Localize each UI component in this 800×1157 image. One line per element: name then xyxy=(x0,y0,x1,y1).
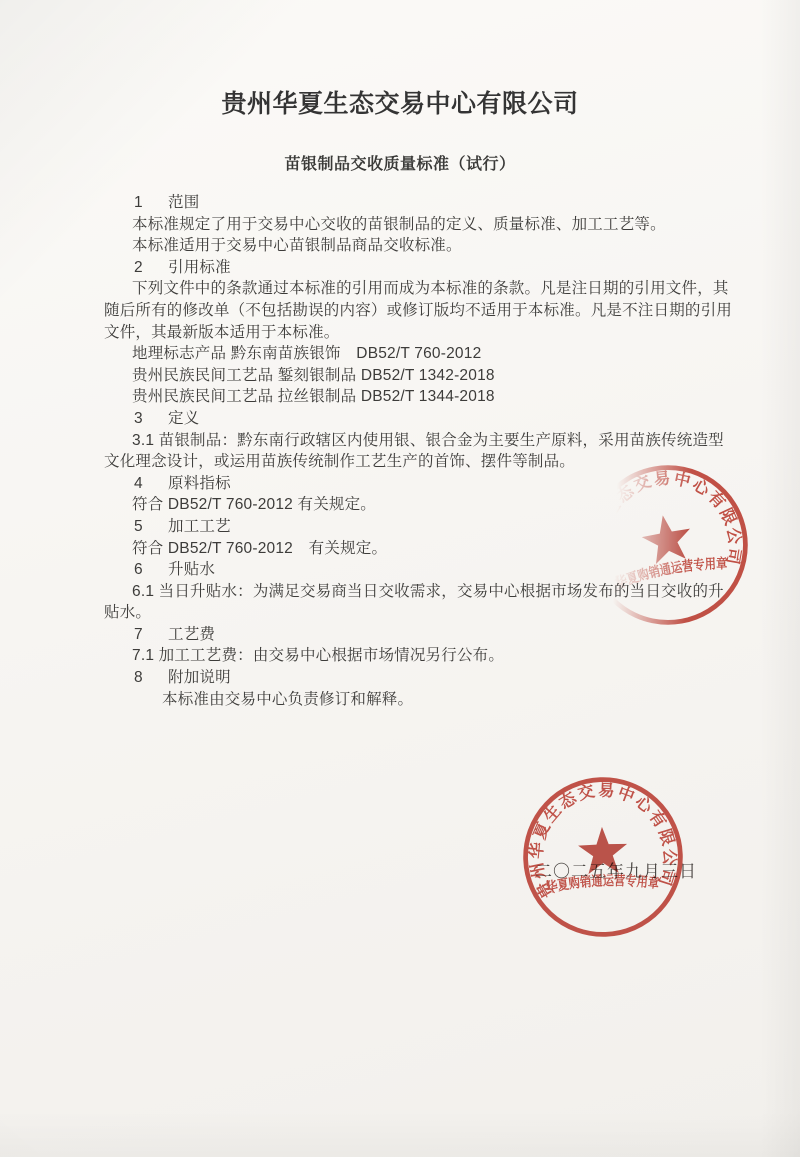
section-title: 引用标准 xyxy=(168,259,231,276)
body-text-line: 本标准由交易中心负责修订和解释。 xyxy=(104,689,744,711)
star-icon xyxy=(639,511,695,566)
section-heading: 3定义 xyxy=(104,408,744,430)
body-text-line: 随后所有的修改单（不包括勘误的内容）或修订版均不适用于本标准。凡是不注日期的引用 xyxy=(104,300,744,322)
body-text-line: 贵州民族民间工艺品 拉丝银制品 DB52/T 1344-2018 xyxy=(104,386,744,408)
document-title: 苗银制品交收质量标准（试行） xyxy=(0,151,800,174)
section-title: 范围 xyxy=(168,194,199,211)
section-heading: 2引用标准 xyxy=(104,257,744,279)
body-text-line: 贵州民族民间工艺品 錾刻银制品 DB52/T 1342-2018 xyxy=(104,365,744,387)
section-number: 6 xyxy=(134,559,148,581)
section-number: 2 xyxy=(134,257,148,279)
body-text-line: 3.1 苗银制品：黔东南行政辖区内使用银、银合金为主要生产原料，采用苗族传统造型 xyxy=(104,430,744,452)
section-title: 原料指标 xyxy=(168,475,231,492)
body-text-line: 地理标志产品 黔东南苗族银饰 DB52/T 760-2012 xyxy=(104,343,744,365)
seal-graphic: 贵州华夏生态交易中心有限公司 华夏购销通运营专用章 xyxy=(568,445,767,644)
section-title: 附加说明 xyxy=(168,669,231,686)
body-text-line: 文件，其最新版本适用于本标准。 xyxy=(104,322,744,344)
body-text-line: 7.1 加工工艺费：由交易中心根据市场情况另行公布。 xyxy=(104,645,744,667)
section-title: 升贴水 xyxy=(168,561,215,578)
section-number: 8 xyxy=(134,667,148,689)
company-seal-stamp-partial: 贵州华夏生态交易中心有限公司 华夏购销通运营专用章 xyxy=(568,445,767,644)
section-number: 5 xyxy=(134,516,148,538)
company-seal-stamp: 贵州华夏生态交易中心有限公司 华夏购销通运营专用章 xyxy=(514,768,692,946)
seal-inner-text: 华夏购销通运营专用章 xyxy=(613,550,730,591)
company-title: 贵州华夏生态交易中心有限公司 xyxy=(0,84,800,120)
section-heading: 8附加说明 xyxy=(104,667,744,689)
section-number: 4 xyxy=(134,473,148,495)
section-title: 定义 xyxy=(168,410,199,427)
seal-inner-text: 华夏购销通运营专用章 xyxy=(545,870,661,895)
star-icon xyxy=(577,826,628,874)
body-text-line: 本标准适用于交易中心苗银制品商品交收标准。 xyxy=(104,235,744,257)
section-title: 工艺费 xyxy=(168,626,215,643)
seal-graphic: 贵州华夏生态交易中心有限公司 华夏购销通运营专用章 xyxy=(514,768,692,946)
section-number: 1 xyxy=(134,192,148,214)
section-title: 加工工艺 xyxy=(168,518,231,535)
body-text-line: 本标准规定了用于交易中心交收的苗银制品的定义、质量标准、加工工艺等。 xyxy=(104,214,744,236)
section-number: 7 xyxy=(134,624,148,646)
body-text-line: 下列文件中的条款通过本标准的引用而成为本标准的条款。凡是注日期的引用文件，其 xyxy=(104,278,744,300)
section-number: 3 xyxy=(134,408,148,430)
section-heading: 1范围 xyxy=(104,192,744,214)
